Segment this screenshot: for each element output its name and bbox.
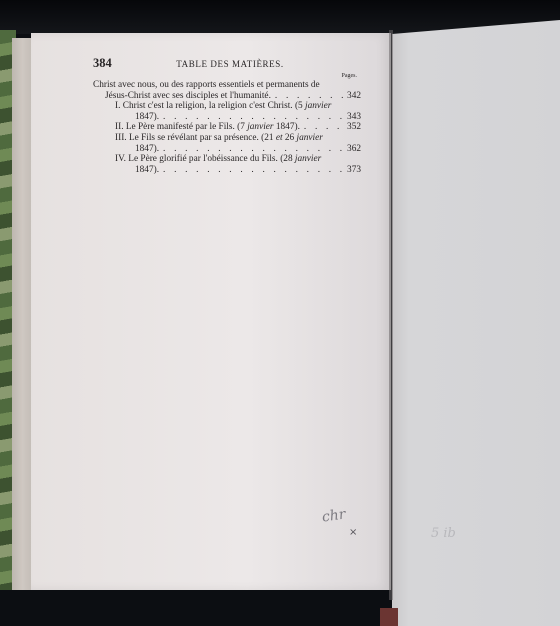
- entry-text: Le Père glorifié par l'obéissance du Fil…: [128, 154, 292, 165]
- dot-leaders: . . . . . . . . . . . . . . . . . . . . …: [300, 122, 343, 133]
- right-page-blank: [392, 20, 560, 626]
- entry-text: Jésus-Christ avec ses disciples et l'hum…: [105, 91, 271, 102]
- faint-bleedthrough-mark: 5 ib: [431, 526, 456, 541]
- toc-entry: II. Le Père manifesté par le Fils. (7 ja…: [93, 122, 361, 133]
- page-title: TABLE DES MATIÈRES.: [129, 59, 361, 70]
- entry-page: 343: [343, 112, 361, 123]
- roman-numeral: III.: [115, 133, 127, 144]
- dot-leaders: . . . . . . . . . . . . . . . . . . . . …: [159, 144, 343, 155]
- dot-leaders: . . . . . . . . . . . . . . . . . . . . …: [159, 165, 343, 176]
- toc-entry: Christ avec nous, ou des rapports essent…: [93, 80, 361, 101]
- table-of-contents: 384 TABLE DES MATIÈRES. Pages. Christ av…: [93, 58, 361, 175]
- entry-text: 1847).: [135, 144, 159, 155]
- entry-text: Christ avec nous, ou des rapports essent…: [93, 80, 320, 91]
- toc-entry: IV. Le Père glorifié par l'obéissance du…: [93, 154, 361, 175]
- roman-numeral: II.: [115, 122, 124, 133]
- pencil-annotation: chr: [321, 506, 347, 525]
- book-gutter: [389, 30, 393, 600]
- pencil-x-mark: ×: [349, 527, 357, 538]
- dot-leaders: . . . . . . . . . . . . . . . . . . . . …: [271, 91, 343, 102]
- entry-text: 1847).: [135, 165, 159, 176]
- entry-date: janvier: [297, 133, 323, 144]
- running-head: 384 TABLE DES MATIÈRES.: [93, 58, 361, 72]
- roman-numeral: IV.: [115, 154, 126, 165]
- book-photo: 384 TABLE DES MATIÈRES. Pages. Christ av…: [0, 0, 560, 626]
- entry-text: Christ c'est la religion, la religion c'…: [123, 101, 303, 112]
- bookmark-ribbon: [380, 608, 398, 626]
- pages-column-label: Pages.: [93, 72, 357, 80]
- entry-date: janvier: [295, 154, 321, 165]
- toc-entry: III. Le Fils se révélant par sa présence…: [93, 133, 361, 154]
- entry-page: 362: [343, 144, 361, 155]
- entry-text: Le Fils se révélant par sa présence. (21: [129, 133, 274, 144]
- toc-entry: I. Christ c'est la religion, la religion…: [93, 101, 361, 122]
- entry-date: janvier: [247, 122, 273, 133]
- entry-page: 373: [343, 165, 361, 176]
- entry-page: 342: [343, 91, 361, 102]
- entry-text: Le Père manifesté par le Fils. (7: [126, 122, 245, 133]
- entry-page: 352: [343, 122, 361, 133]
- page-number: 384: [93, 58, 129, 69]
- roman-numeral: I.: [115, 101, 120, 112]
- entry-date: janvier: [305, 101, 331, 112]
- dot-leaders: . . . . . . . . . . . . . . . . . . . . …: [159, 112, 343, 123]
- entry-text: 1847).: [135, 112, 159, 123]
